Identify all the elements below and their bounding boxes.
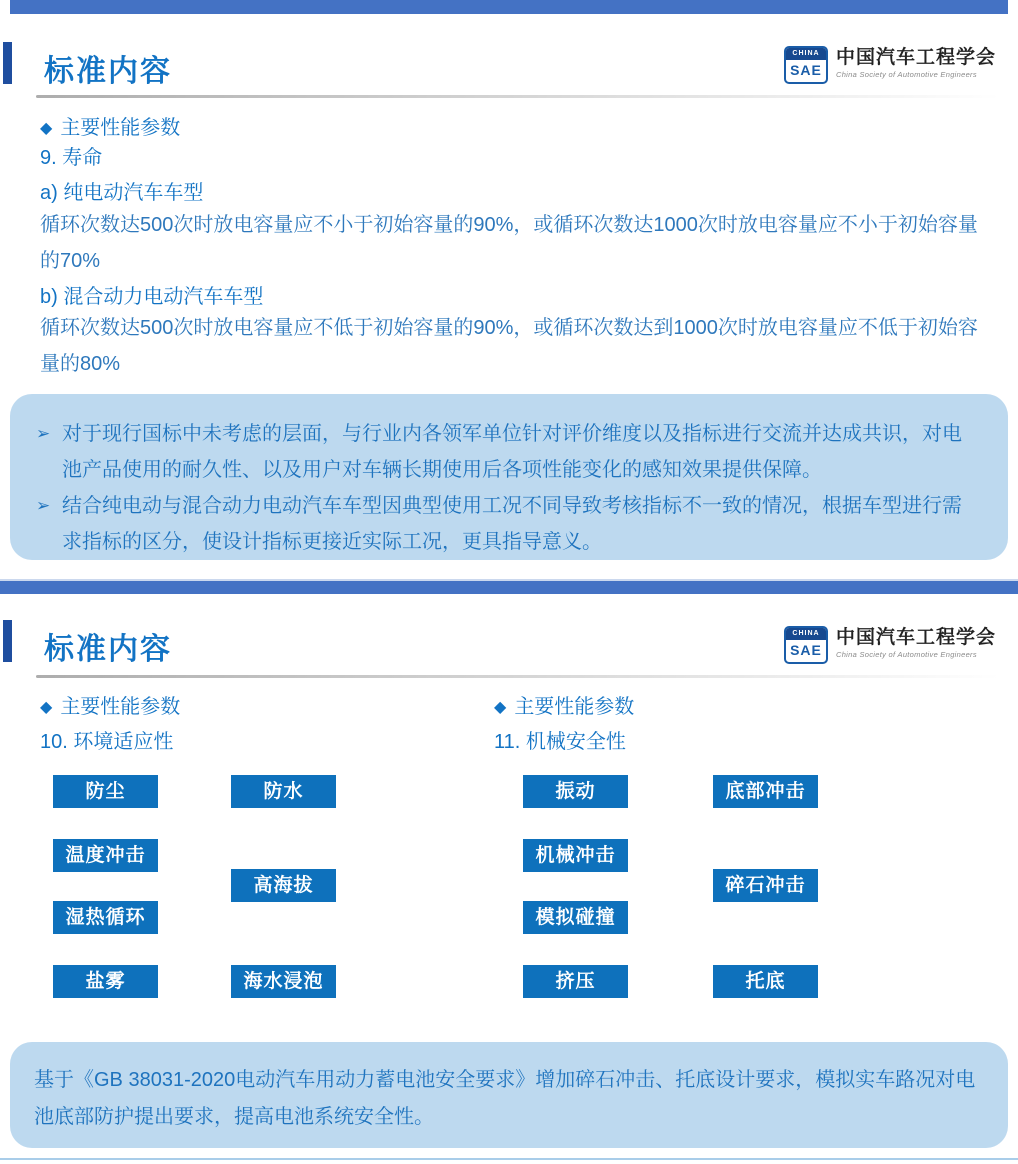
slide1-title: 标准内容 [44,46,172,90]
slide2-left-section-label: 主要性能参数 [60,696,180,718]
org-name-en: China Society of Automotive Engineers [836,650,996,660]
callout-item: ➢ 对于现行国标中未考虑的层面，与行业内各领军单位针对评价维度以及指标进行交流并… [36,416,980,488]
tag-waterproof: 防水 [231,775,336,808]
tag-dustproof: 防尘 [53,775,158,808]
sae-badge-top-label: CHINA [786,628,826,640]
tag-bottom-impact: 底部冲击 [713,775,818,808]
tag-mechanical-shock: 机械冲击 [523,839,628,872]
slide1-title-accent-bar [3,42,12,84]
tag-seawater-immersion: 海水浸泡 [231,965,336,998]
slide2-right-section-label: 主要性能参数 [514,696,634,718]
page: 标准内容 CHINA SAE 中国汽车工程学会 China Society of… [0,0,1018,1164]
callout-item-text: 对于现行国标中未考虑的层面，与行业内各领军单位针对评价维度以及指标进行交流并达成… [62,423,962,481]
tag-damp-heat-cycle: 湿热循环 [53,901,158,934]
tag-salt-spray: 盐雾 [53,965,158,998]
slide1-paragraph-a: 循环次数达500次时放电容量应不小于初始容量的90%，或循环次数达1000次时放… [40,207,992,279]
slide1-section-label: 主要性能参数 [60,117,180,139]
sae-badge-bottom-label: SAE [786,60,826,81]
slide-divider-bar [0,579,1018,594]
callout-text: 基于《GB 38031-2020电动汽车用动力蓄电池安全要求》增加碎石冲击、托底… [34,1062,978,1136]
slide2-right-section-heading: ◆主要性能参数 [494,690,634,719]
tag-high-altitude: 高海拔 [231,869,336,902]
bottom-accent-line [0,1158,1018,1160]
logo-text: 中国汽车工程学会 China Society of Automotive Eng… [836,626,996,660]
tag-underbody-support: 托底 [713,965,818,998]
slide2-left-section-heading: ◆主要性能参数 [40,690,180,719]
top-accent-bar [10,0,1008,14]
diamond-bullet-icon: ◆ [40,120,52,137]
slide1-item-a: a) 纯电动汽车车型 [40,176,203,205]
slide2-left-number-label: 10. 环境适应性 [40,725,173,754]
arrow-bullet-icon: ➢ [36,488,50,524]
tag-vibration: 振动 [523,775,628,808]
slide1-paragraph-b: 循环次数达500次时放电容量应不低于初始容量的90%，或循环次数达到1000次时… [40,310,992,382]
sae-badge-top-label: CHINA [786,48,826,60]
slide2-right-number-label: 11. 机械安全性 [494,725,626,754]
diamond-bullet-icon: ◆ [494,699,506,716]
callout-item-text: 结合纯电动与混合动力电动汽车车型因典型使用工况不同导致考核指标不一致的情况，根据… [62,495,962,553]
slide2-title: 标准内容 [44,624,172,668]
tag-crush: 挤压 [523,965,628,998]
slide2-callout-box: 基于《GB 38031-2020电动汽车用动力蓄电池安全要求》增加碎石冲击、托底… [10,1042,1008,1148]
tag-gravel-impact: 碎石冲击 [713,869,818,902]
callout-item: ➢ 结合纯电动与混合动力电动汽车车型因典型使用工况不同导致考核指标不一致的情况，… [36,488,980,560]
org-name-cn: 中国汽车工程学会 [836,46,996,70]
slide2-title-accent-bar [3,620,12,662]
org-name-en: China Society of Automotive Engineers [836,70,996,80]
slide1-section-heading: ◆主要性能参数 [40,111,180,140]
sae-badge-bottom-label: SAE [786,640,826,661]
logo-text: 中国汽车工程学会 China Society of Automotive Eng… [836,46,996,80]
arrow-bullet-icon: ➢ [36,416,50,452]
tag-simulated-collision: 模拟碰撞 [523,901,628,934]
slide1-header-divider [36,95,1000,98]
sae-badge-icon: CHINA SAE [784,46,828,84]
slide1-item-9: 9. 寿命 [40,141,102,170]
slide1-callout-box: ➢ 对于现行国标中未考虑的层面，与行业内各领军单位针对评价维度以及指标进行交流并… [10,394,1008,560]
sae-badge-icon: CHINA SAE [784,626,828,664]
org-name-cn: 中国汽车工程学会 [836,626,996,650]
slide2-logo: CHINA SAE 中国汽车工程学会 China Society of Auto… [784,626,1010,664]
slide1-item-b: b) 混合动力电动汽车车型 [40,280,263,309]
slide2-header-divider [36,675,1000,678]
diamond-bullet-icon: ◆ [40,699,52,716]
tag-thermal-shock: 温度冲击 [53,839,158,872]
slide1-logo: CHINA SAE 中国汽车工程学会 China Society of Auto… [784,46,1010,84]
